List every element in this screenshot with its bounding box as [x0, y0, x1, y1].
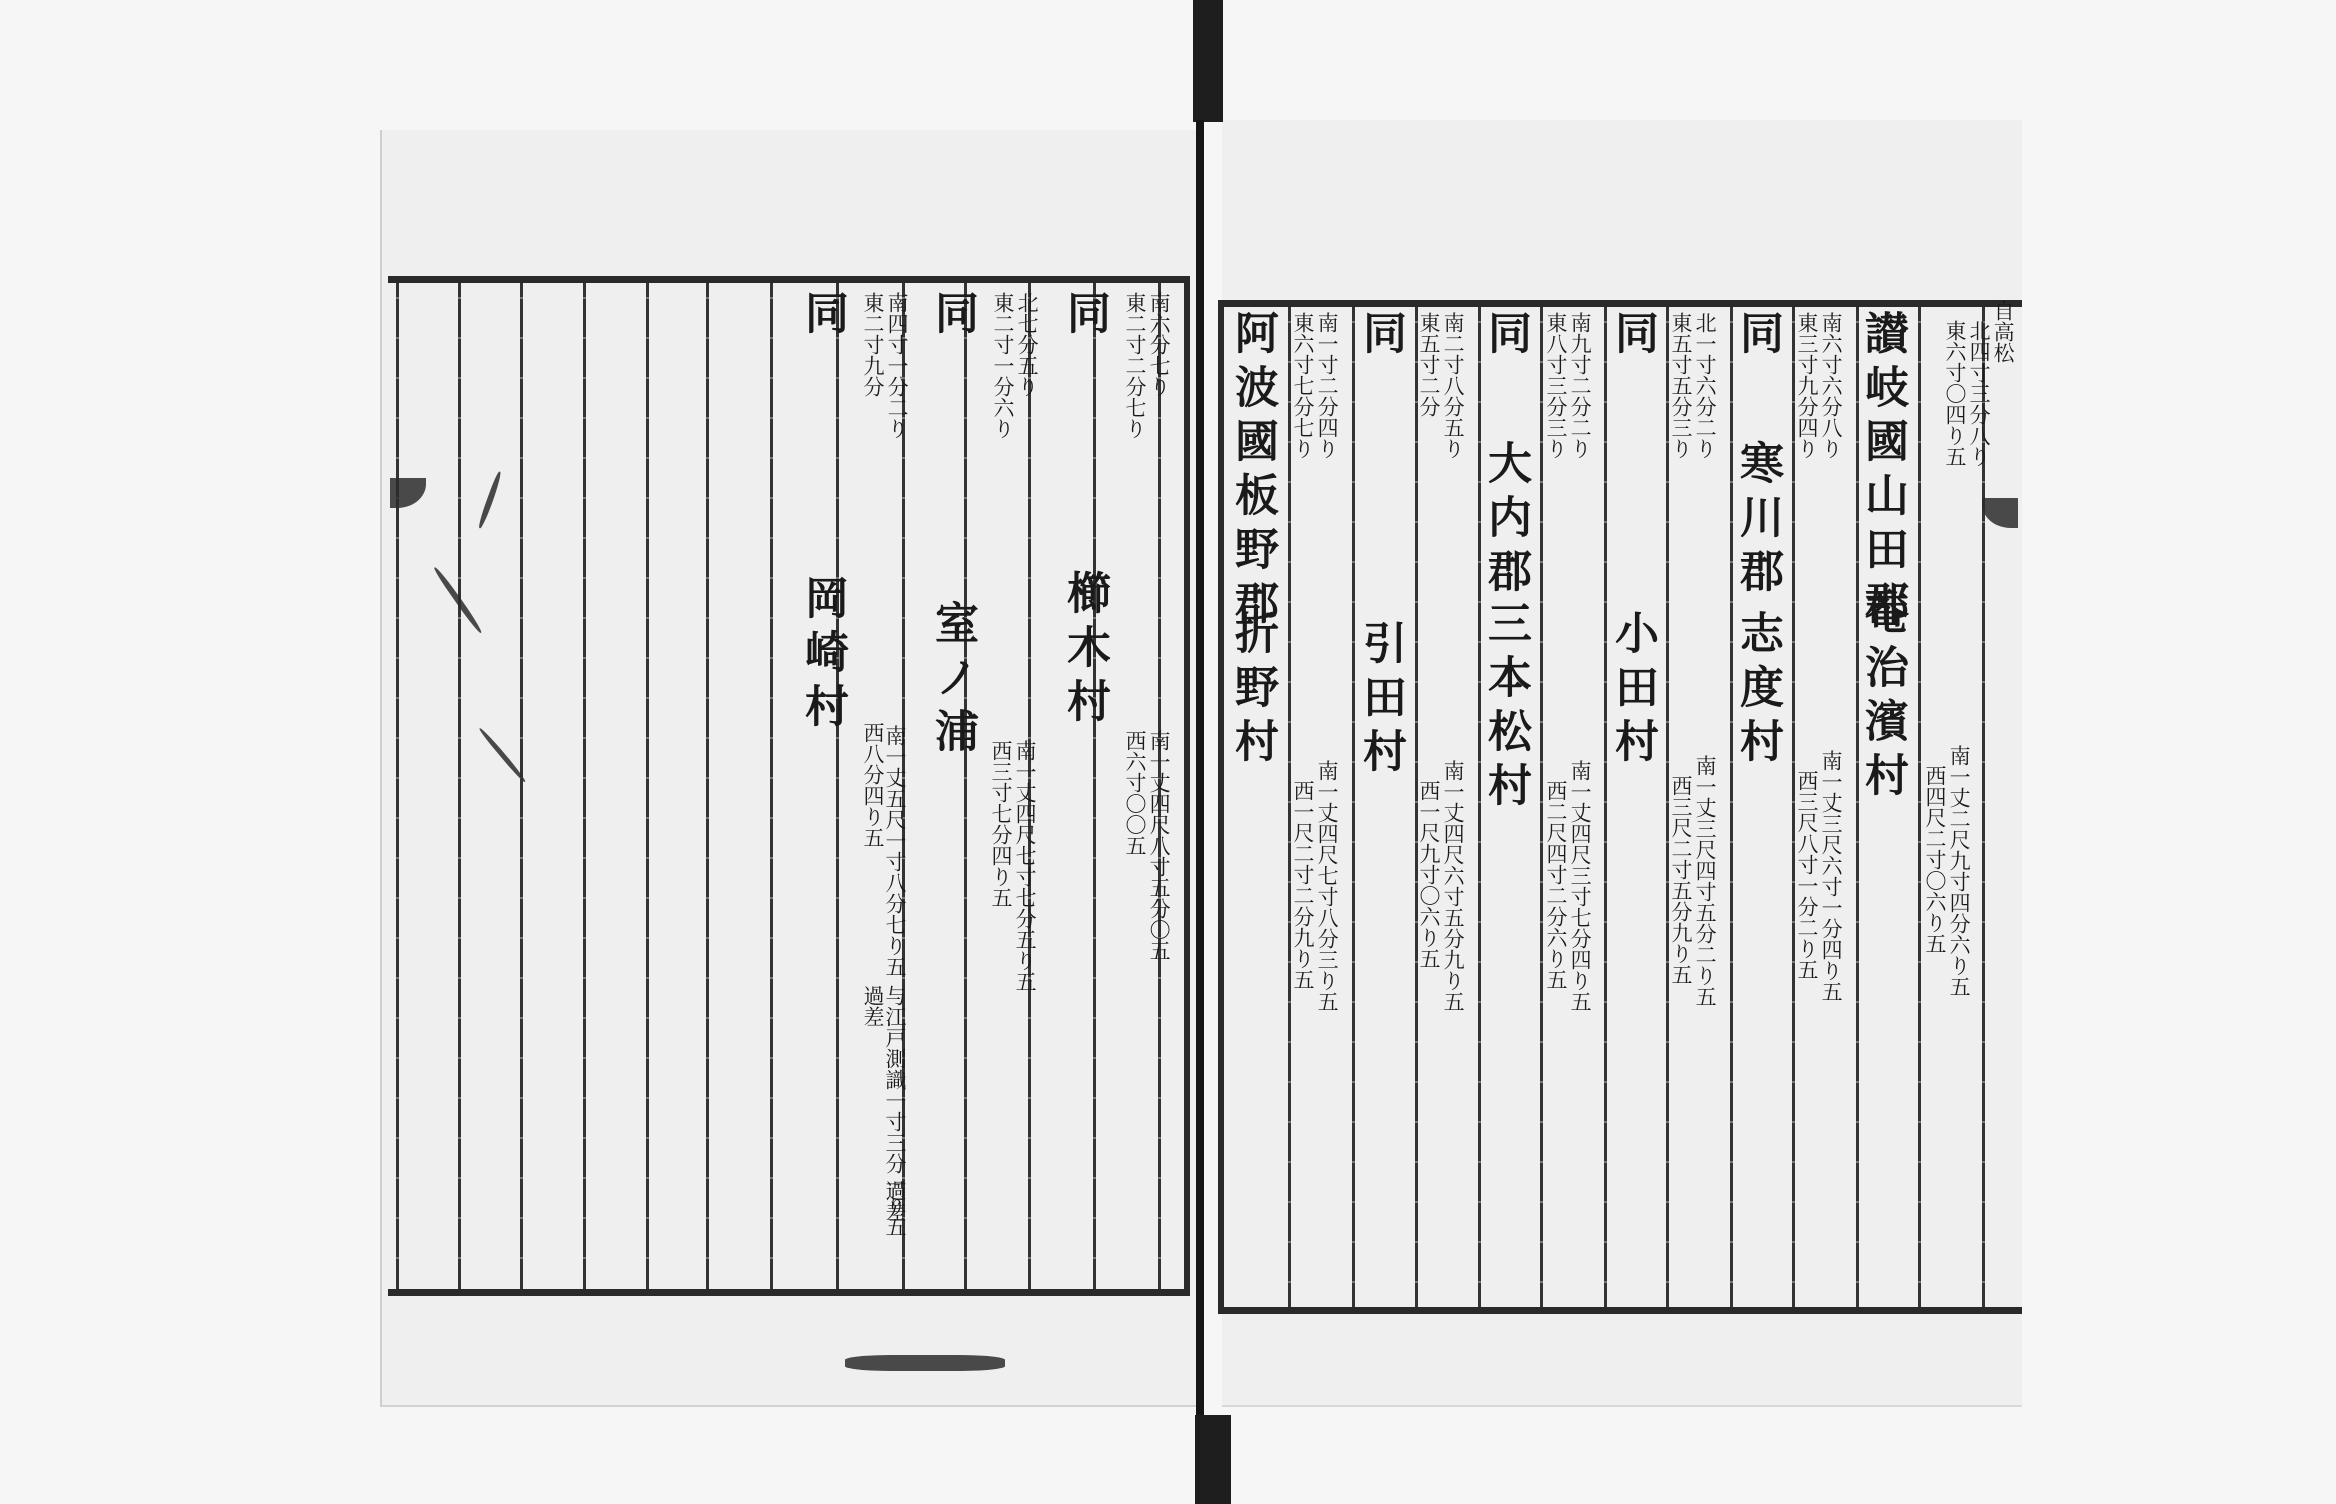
column-line [1918, 307, 1921, 1307]
note-line: 東二寸一分六り [992, 292, 1014, 439]
note-line: 南四寸一分二り [886, 292, 908, 439]
right-entry3-values: 南一丈三尺四寸五分二り五 西三尺二寸五分九り五 [1670, 755, 1716, 1007]
left-entry2-values: 南一丈四尺七寸七分五り五 西三寸七分四り五 [990, 740, 1036, 992]
village-name: 志度村 [1735, 610, 1779, 772]
value-south: 南一丈五尺一寸八分七り五 [884, 725, 906, 977]
left-entry1-values: 南一丈四尺八寸五分〇五 西六寸〇〇五 [1124, 730, 1170, 961]
village-name: 小田村 [1610, 610, 1654, 772]
frame-rule-top [388, 276, 1190, 283]
note-line: 東二寸二分七り [1124, 292, 1146, 439]
ditto-mark: 同 [1483, 310, 1527, 364]
right-entry1-values: 南一丈二尺九寸四分六り五 西四尺二寸〇六り五 [1924, 745, 1970, 997]
value-west: 西八分四り五 [862, 722, 884, 848]
ditto-mark: 同 [1062, 290, 1106, 344]
value-south: 南一丈四尺八寸五分〇五 [1148, 730, 1170, 961]
column-line [396, 283, 399, 1289]
province-district: 讃岐國山田郡 [1860, 310, 1904, 634]
right-entry3-note: 北一寸六分二り 東五寸五分三り [1670, 312, 1716, 459]
right-entry4-note: 南九寸二分二り 東八寸三分三り [1545, 312, 1591, 459]
value-west: 西三尺八寸一分二り五 [1796, 770, 1818, 1002]
value-west: 西三寸七分四り五 [990, 740, 1012, 992]
frame-rule-right [1184, 276, 1190, 1296]
village-name: 室ノ浦 [930, 600, 974, 762]
right-entry5-note: 南二寸八分五り 東五寸二分 [1418, 312, 1464, 459]
value-west: 西三尺二寸五分九り五 [1670, 775, 1692, 1007]
province-district: 阿波國板野郡 [1230, 310, 1274, 634]
column-line [964, 283, 967, 1289]
ditto-mark: 同 [930, 290, 974, 344]
frame-rule-left [1218, 300, 1224, 1314]
excess-flag: 過差 [862, 985, 884, 1027]
left-entry3-south: 南一丈五尺一寸八分七り五 [884, 725, 906, 981]
note-line: 北一寸六分二り [1694, 312, 1716, 459]
binding-clip-bottom [1195, 1415, 1231, 1504]
column-line [1540, 307, 1543, 1307]
value-west: 西二尺四寸二分六り五 [1545, 780, 1567, 1012]
village-name: 櫛木村 [1062, 570, 1106, 732]
right-entry2-note: 南六寸六分八り 東三寸九分四り [1796, 312, 1842, 459]
left-entry3-note: 南四寸一分二り 東二寸九分 [862, 292, 908, 439]
district-name: 大内郡 [1483, 440, 1527, 602]
note-line: 南一寸二分四り [1316, 312, 1338, 459]
right-entry5-values: 南一丈四尺六寸五分九り五 西一尺九寸〇六り五 [1418, 760, 1464, 1012]
note-line: 北四寸三分八り [1968, 320, 1990, 467]
left-entry2-note: 北七分五り 東二寸一分六り [992, 292, 1038, 439]
column-line [706, 283, 709, 1289]
frame-rule-top [1218, 300, 2022, 307]
ditto-mark: 同 [1735, 310, 1779, 364]
value-west: 西六寸〇〇五 [1124, 730, 1146, 961]
note-line: 東八寸三分三り [1545, 312, 1567, 459]
column-line [520, 283, 523, 1289]
note-line: 東五寸二分 [1418, 312, 1440, 459]
column-line [646, 283, 649, 1289]
note-line: 東六寸七分七り [1292, 312, 1314, 459]
column-line [1352, 307, 1355, 1307]
note-line: 東二寸九分 [862, 292, 884, 439]
value-west: 西四尺二寸〇六り五 [1924, 765, 1946, 997]
book-spine [1196, 120, 1204, 1420]
note-line: 南六分七り [1148, 292, 1170, 439]
village-name: 三本松村 [1483, 600, 1527, 816]
right-entry4-values: 南一丈四尺三寸七分四り五 西二尺四寸二分六り五 [1545, 760, 1591, 1012]
binding-clip-top [1193, 0, 1223, 122]
note-line: 東五寸五分三り [1670, 312, 1692, 459]
column-line [583, 283, 586, 1289]
district-name: 寒川郡 [1735, 440, 1779, 602]
value-south: 南一丈二尺九寸四分六り五 [1948, 745, 1970, 997]
value-south: 南一丈四尺六寸五分九り五 [1442, 760, 1464, 1012]
right-entry6-values: 南一丈四尺七寸八分三り五 西一尺二寸二分九り五 [1292, 760, 1338, 1012]
value-south: 南一丈四尺七寸七分五り五 [1014, 740, 1036, 992]
column-line [1093, 283, 1096, 1289]
column-line [458, 283, 461, 1289]
note-line: 東三寸九分四り [1796, 312, 1818, 459]
value-south: 南一丈四尺七寸八分三り五 [1316, 760, 1338, 1012]
frame-rule-bottom [1218, 1307, 2022, 1314]
ditto-mark: 同 [800, 290, 844, 344]
note-line: 南六寸六分八り [1820, 312, 1842, 459]
frame-rule-bottom [388, 1289, 1190, 1296]
left-page-frame [388, 276, 1190, 1296]
ditto-mark: 同 [1610, 310, 1654, 364]
note-line: 北七分五り [1016, 292, 1038, 439]
origin-label: 自高松 [1992, 300, 2014, 467]
village-name: 岡崎村 [800, 575, 844, 737]
column-line [836, 283, 839, 1289]
column-line [770, 283, 773, 1289]
ink-smudge [845, 1355, 1005, 1371]
village-name: 菴治濱村 [1860, 590, 1904, 806]
excess-flag: 過差 [884, 1180, 906, 1222]
value-west: 西一尺九寸〇六り五 [1418, 780, 1440, 1012]
left-entry1-note: 南六分七り 東二寸二分七り [1124, 292, 1170, 439]
note-line: 東六寸〇四り五 [1944, 320, 1966, 467]
value-south: 南一丈三尺六寸一分四り五 [1820, 750, 1842, 1002]
value-south: 南一丈三尺四寸五分二り五 [1694, 755, 1716, 1007]
ditto-mark: 同 [1358, 310, 1402, 364]
village-name: 引田村 [1358, 620, 1402, 782]
right-entry2-values: 南一丈三尺六寸一分四り五 西三尺八寸一分二り五 [1796, 750, 1842, 1002]
right-entry6-note: 南一寸二分四り 東六寸七分七り [1292, 312, 1338, 459]
column-line [1604, 307, 1607, 1307]
value-west: 西一尺二寸二分九り五 [1292, 780, 1314, 1012]
note-line: 南二寸八分五り [1442, 312, 1464, 459]
right-header-note: 自高松 北四寸三分八り 東六寸〇四り五 [1944, 300, 2014, 467]
village-name: 折野村 [1230, 610, 1274, 772]
note-line: 南九寸二分二り [1569, 312, 1591, 459]
value-south: 南一丈四尺三寸七分四り五 [1569, 760, 1591, 1012]
